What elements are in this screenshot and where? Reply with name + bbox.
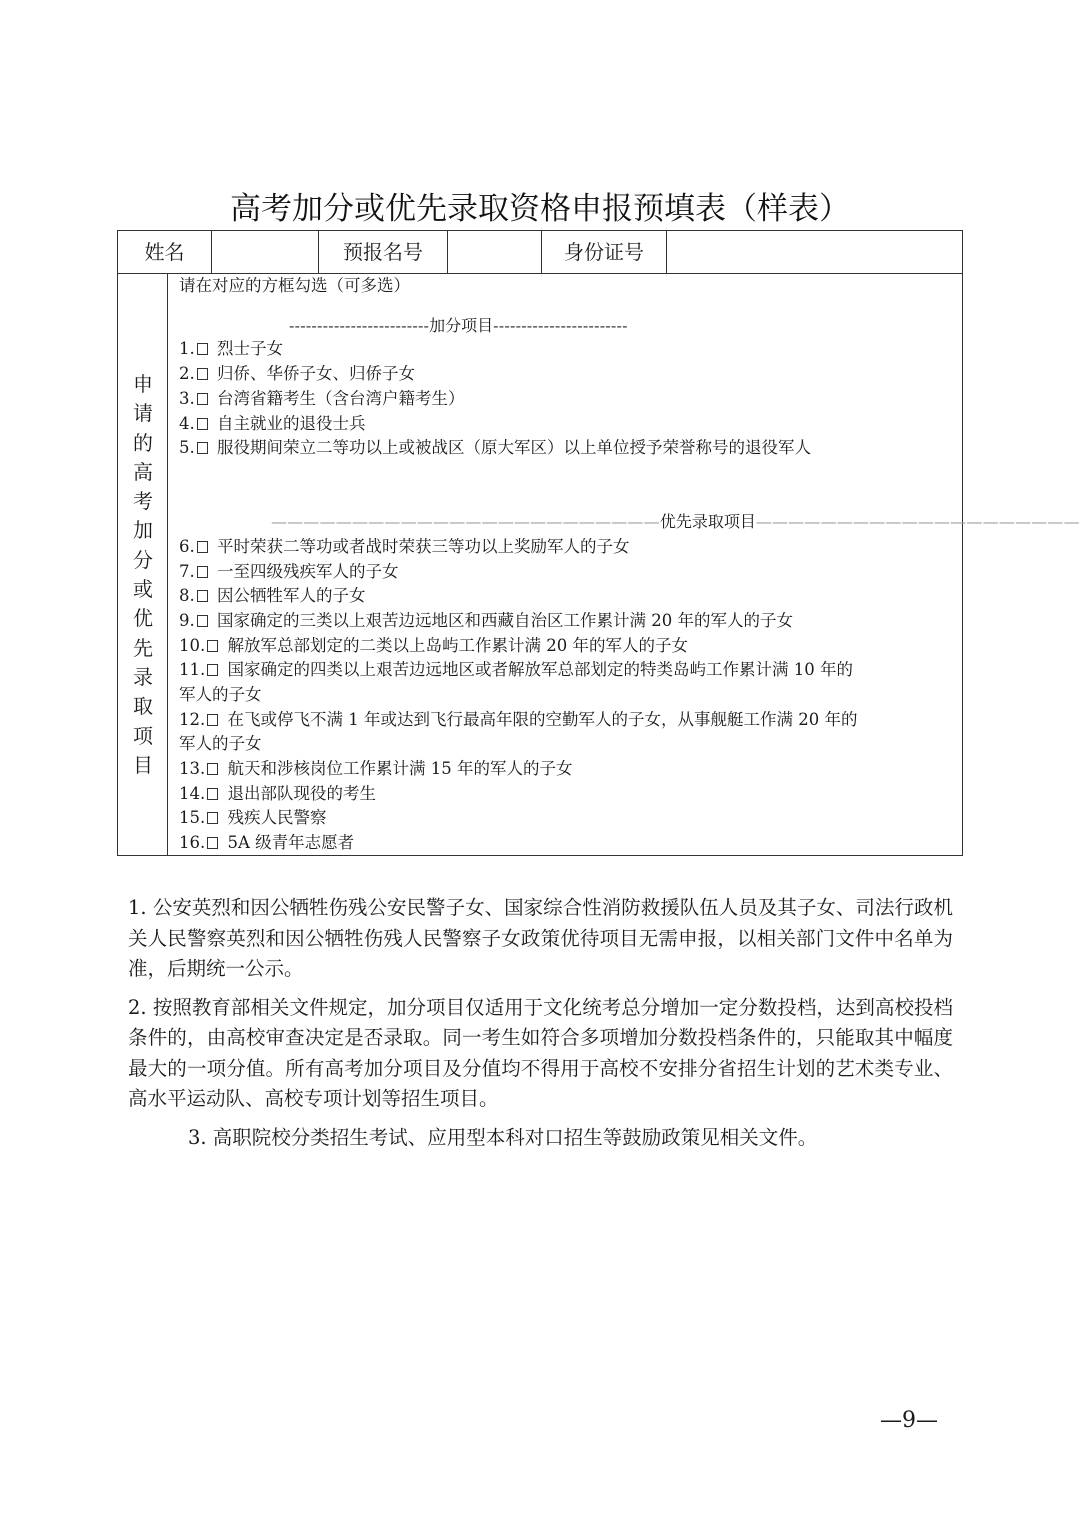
- application-form-table: 姓名 预报名号 身份证号 申 请 的 高 考 加 分 或 优 先 录 取 项 目…: [117, 230, 963, 856]
- option-item[interactable]: 5. 服役期间荣立二等功以上或被战区（原大军区）以上单位授予荣誉称号的退役军人: [179, 436, 811, 461]
- option-item[interactable]: 15. 残疾人民警察: [179, 806, 327, 831]
- name-field[interactable]: [212, 231, 319, 273]
- name-label: 姓名: [118, 231, 212, 273]
- checkbox[interactable]: [207, 763, 218, 775]
- options-cell: 请在对应的方框勾选（可多选） -------------------------…: [179, 274, 954, 855]
- checkbox[interactable]: [207, 837, 218, 849]
- checkbox[interactable]: [207, 812, 218, 824]
- header-row: 姓名 预报名号 身份证号: [118, 231, 962, 274]
- checkbox[interactable]: [197, 418, 208, 430]
- note-paragraph: 1. 公安英烈和因公牺牲伤残公安民警子女、国家综合性消防救援队伍人员及其子女、司…: [128, 893, 953, 985]
- option-item[interactable]: 2. 归侨、华侨子女、归侨子女: [179, 362, 415, 387]
- id-no-label: 身份证号: [542, 231, 667, 273]
- side-label-cell: 申 请 的 高 考 加 分 或 优 先 录 取 项 目: [118, 274, 168, 855]
- priority-section-title: 优先录取项目: [660, 512, 756, 531]
- checkbox[interactable]: [207, 664, 218, 676]
- option-item-continuation: 军人的子女: [179, 683, 262, 708]
- option-item[interactable]: 9. 国家确定的三类以上艰苦边远地区和西藏自治区工作累计满 20 年的军人的子女: [179, 609, 793, 634]
- checkbox[interactable]: [197, 393, 208, 405]
- bonus-section-heading: -------------------------加分项目-----------…: [289, 314, 628, 339]
- option-item[interactable]: 4. 自主就业的退役士兵: [179, 412, 366, 437]
- notes-section: 1. 公安英烈和因公牺牲伤残公安民警子女、国家综合性消防救援队伍人员及其子女、司…: [128, 893, 953, 1161]
- checkbox[interactable]: [197, 442, 208, 454]
- priority-section-heading: ————————————————————————优先录取项目——————————…: [271, 510, 1080, 535]
- option-item[interactable]: 12. 在飞或停飞不满 1 年或达到飞行最高年限的空勤军人的子女，从事舰艇工作满…: [179, 708, 857, 733]
- option-item[interactable]: 8. 因公牺牲军人的子女: [179, 584, 366, 609]
- option-item[interactable]: 1. 烈士子女: [179, 337, 283, 362]
- checkbox[interactable]: [197, 343, 208, 355]
- checkbox[interactable]: [197, 368, 208, 380]
- option-item[interactable]: 16. 5A 级青年志愿者: [179, 831, 354, 856]
- instruction-text: 请在对应的方框勾选（可多选）: [179, 274, 410, 299]
- checkbox[interactable]: [197, 590, 208, 602]
- reg-no-label: 预报名号: [319, 231, 448, 273]
- note-paragraph: 2. 按照教育部相关文件规定，加分项目仅适用于文化统考总分增加一定分数投档，达到…: [128, 993, 953, 1115]
- option-item-continuation: 军人的子女: [179, 732, 262, 757]
- option-item[interactable]: 6. 平时荣获二等功或者战时荣获三等功以上奖励军人的子女: [179, 535, 630, 560]
- checkbox[interactable]: [197, 566, 208, 578]
- reg-no-field[interactable]: [448, 231, 542, 273]
- note-paragraph: 3. 高职院校分类招生考试、应用型本科对口招生等鼓励政策见相关文件。: [128, 1123, 953, 1154]
- checkbox[interactable]: [207, 640, 218, 652]
- option-item[interactable]: 3. 台湾省籍考生（含台湾户籍考生）: [179, 387, 465, 412]
- checkbox[interactable]: [197, 615, 208, 627]
- checkbox[interactable]: [197, 541, 208, 553]
- id-no-field[interactable]: [667, 231, 962, 273]
- side-label-vertical: 申 请 的 高 考 加 分 或 优 先 录 取 项 目: [118, 370, 168, 780]
- option-item[interactable]: 7. 一至四级残疾军人的子女: [179, 560, 399, 585]
- option-item[interactable]: 11. 国家确定的四类以上艰苦边远地区或者解放军总部划定的特类岛屿工作累计满 1…: [179, 658, 853, 683]
- bonus-section-title: 加分项目: [429, 316, 493, 335]
- option-item[interactable]: 10. 解放军总部划定的二类以上岛屿工作累计满 20 年的军人的子女: [179, 634, 688, 659]
- checkbox[interactable]: [207, 788, 218, 800]
- option-item[interactable]: 14. 退出部队现役的考生: [179, 782, 376, 807]
- page-number: —9—: [880, 1408, 938, 1433]
- checkbox[interactable]: [207, 714, 218, 726]
- option-item[interactable]: 13. 航天和涉核岗位工作累计满 15 年的军人的子女: [179, 757, 573, 782]
- form-title: 高考加分或优先录取资格申报预填表（样表）: [0, 183, 1080, 228]
